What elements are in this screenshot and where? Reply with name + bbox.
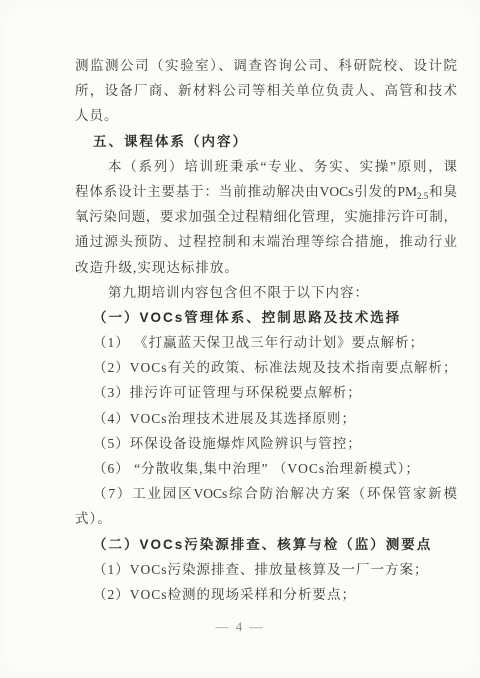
text-segment: 式）。: [75, 511, 112, 526]
text-line: 第九期培训内容包含但不限于以下内容：: [75, 280, 457, 305]
text-segment: 通过源头预防、过程控制和末端治理等综合措施，推动行业: [75, 234, 457, 249]
text-segment: （7）工业园区VOCs综合防治解决方案（环保管家新模: [93, 486, 457, 501]
text-line: （6） “分散收集,集中治理” （VOCs治理新模式）；: [75, 456, 457, 481]
text-segment: 所，设备厂商、新材料公司等相关单位负责人、高管和技术: [75, 83, 457, 98]
text-segment: 本（系列）培训班秉承“专业、务实、实操”原则，课: [108, 159, 457, 174]
document-page: 测监测公司（实验室）、调查咨询公司、科研院校、设计院所，设备厂商、新材料公司等相…: [0, 0, 480, 678]
text-segment: （3）排污许可证管理与环保税要点解析；: [93, 385, 362, 400]
text-segment: （1）VOCs污染源排查、排放量核算及一厂一方案；: [93, 562, 429, 577]
text-segment: 氧污染问题，要求加强全过程精细化管理，实施排污许可制，: [75, 209, 457, 224]
text-line: （2）VOCs检测的现场采样和分析要点；: [75, 582, 457, 607]
text-line: 程体系设计主要基于：当前推动解决由VOCs引发的PM2.5和臭: [75, 179, 457, 204]
text-segment: 程体系设计主要基于：当前推动解决由VOCs引发的PM: [75, 184, 417, 199]
text-line: 式）。: [75, 506, 457, 531]
text-line: （4）VOCs治理技术进展及其选择原则；: [75, 406, 457, 431]
text-segment: （二）VOCs污染源排查、核算与检（监）测要点: [93, 537, 432, 552]
text-segment: （6） “分散收集,集中治理” （VOCs治理新模式）；: [93, 461, 420, 476]
text-segment: 测监测公司（实验室）、调查咨询公司、科研院校、设计院: [75, 58, 457, 73]
document-body: 测监测公司（实验室）、调查咨询公司、科研院校、设计院所，设备厂商、新材料公司等相…: [75, 53, 457, 607]
text-segment: （4）VOCs治理技术进展及其选择原则；: [93, 411, 356, 426]
text-segment: （1） 《打赢蓝天保卫战三年行动计划》要点解析；: [93, 335, 424, 350]
text-line: （1） 《打赢蓝天保卫战三年行动计划》要点解析；: [75, 330, 457, 355]
page-number: — 4 —: [216, 619, 265, 634]
text-segment: 和臭: [428, 184, 457, 199]
text-segment: （2）VOCs有关的政策、标准法规及技术指南要点解析；: [93, 360, 458, 375]
heading-line: （一）VOCs管理体系、控制思路及技术选择: [75, 305, 457, 330]
text-line: （5）环保设备设施爆炸风险辨识与管控；: [75, 431, 457, 456]
text-line: （7）工业园区VOCs综合防治解决方案（环保管家新模: [75, 481, 457, 506]
page-footer: — 4 —: [0, 619, 480, 635]
text-line: 所，设备厂商、新材料公司等相关单位负责人、高管和技术: [75, 78, 457, 103]
text-line: 改造升级,实现达标排放。: [75, 255, 457, 280]
text-segment: 第九期培训内容包含但不限于以下内容：: [108, 285, 369, 300]
text-line: 通过源头预防、过程控制和末端治理等综合措施，推动行业: [75, 229, 457, 254]
text-segment: （5）环保设备设施爆炸风险辨识与管控；: [93, 436, 362, 451]
text-segment: 人员。: [75, 108, 119, 123]
text-line: 氧污染问题，要求加强全过程精细化管理，实施排污许可制，: [75, 204, 457, 229]
text-line: （2）VOCs有关的政策、标准法规及技术指南要点解析；: [75, 355, 457, 380]
text-line: （3）排污许可证管理与环保税要点解析；: [75, 380, 457, 405]
text-segment: 五、课程体系（内容）: [93, 134, 248, 149]
subscript-text: 2.5: [417, 191, 428, 201]
heading-line: 五、课程体系（内容）: [75, 129, 457, 154]
heading-line: （二）VOCs污染源排查、核算与检（监）测要点: [75, 532, 457, 557]
text-line: 人员。: [75, 103, 457, 128]
text-segment: 改造升级,实现达标排放。: [75, 260, 239, 275]
text-segment: （一）VOCs管理体系、控制思路及技术选择: [93, 310, 401, 325]
text-line: （1）VOCs污染源排查、排放量核算及一厂一方案；: [75, 557, 457, 582]
text-line: 测监测公司（实验室）、调查咨询公司、科研院校、设计院: [75, 53, 457, 78]
text-segment: （2）VOCs检测的现场采样和分析要点；: [93, 587, 356, 602]
text-line: 本（系列）培训班秉承“专业、务实、实操”原则，课: [75, 154, 457, 179]
